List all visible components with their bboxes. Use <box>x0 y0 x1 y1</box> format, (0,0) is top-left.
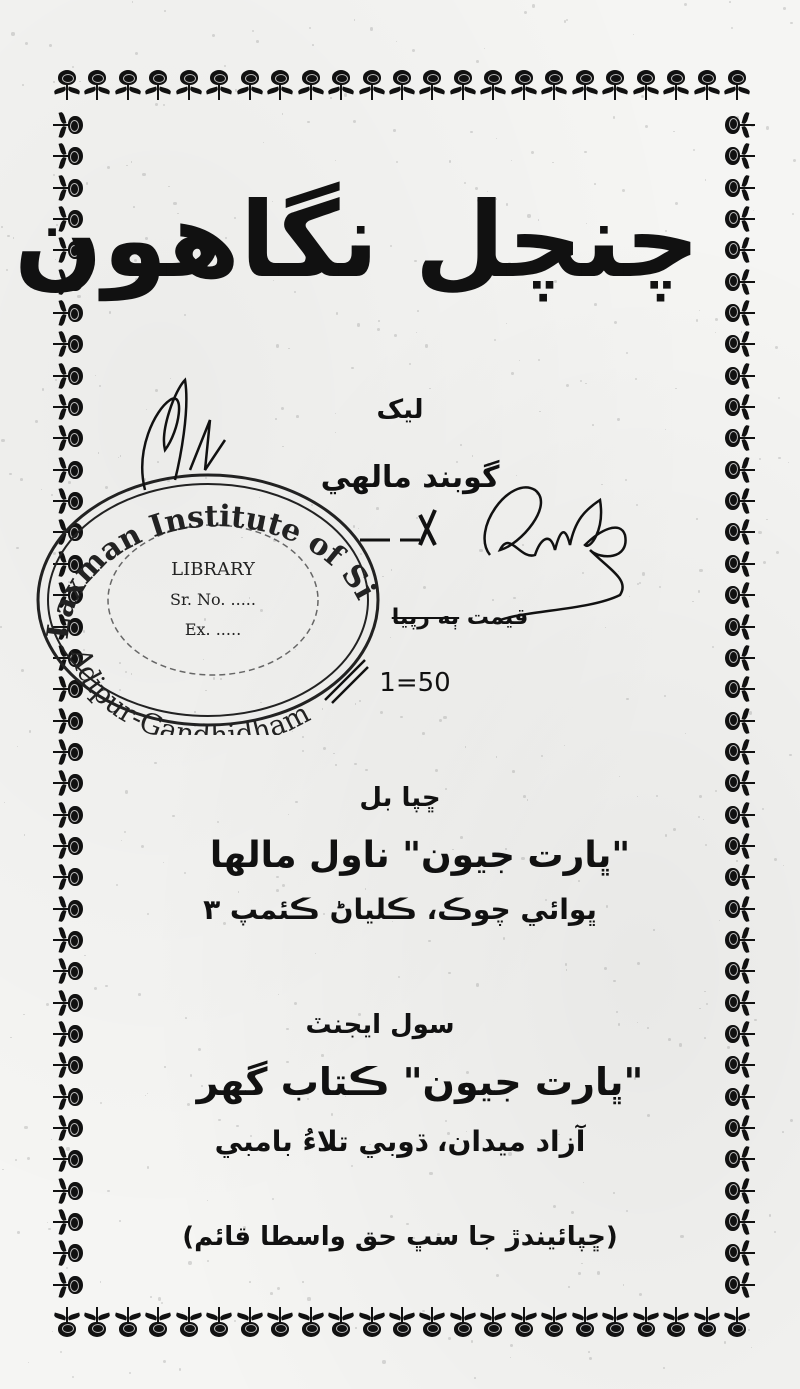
flower-ornament-icon <box>723 455 753 485</box>
flower-ornament-icon <box>723 361 753 391</box>
flower-ornament-icon <box>723 517 753 547</box>
flower-ornament-icon <box>113 68 143 102</box>
flower-ornament-icon <box>509 1305 539 1339</box>
flower-ornament-icon <box>55 392 85 422</box>
flower-ornament-icon <box>55 1019 85 1049</box>
flower-ornament-icon <box>55 1176 85 1206</box>
flower-ornament-icon <box>723 956 753 986</box>
flower-ornament-icon <box>723 173 753 203</box>
flower-ornament-icon <box>55 1050 85 1080</box>
flower-ornament-icon <box>52 68 82 102</box>
flower-ornament-icon <box>539 68 569 102</box>
author-label: ليک <box>300 395 500 425</box>
flower-ornament-icon <box>265 1305 295 1339</box>
flower-ornament-icon <box>723 1019 753 1049</box>
flower-ornament-icon <box>417 1305 447 1339</box>
flower-ornament-icon <box>631 1305 661 1339</box>
flower-ornament-icon <box>723 1144 753 1174</box>
flower-ornament-icon <box>52 1305 82 1339</box>
flower-ornament-icon <box>235 68 265 102</box>
floral-border-top <box>52 65 752 105</box>
flower-ornament-icon <box>55 894 85 924</box>
flower-ornament-icon <box>82 1305 112 1339</box>
flower-ornament-icon <box>478 68 508 102</box>
flower-ornament-icon <box>55 423 85 453</box>
flower-ornament-icon <box>174 1305 204 1339</box>
flower-ornament-icon <box>723 1207 753 1237</box>
flower-ornament-icon <box>539 1305 569 1339</box>
flower-ornament-icon <box>55 956 85 986</box>
flower-ornament-icon <box>661 1305 691 1339</box>
printer-address: ڀوائي چوڪ، ڪلياڻ ڪئمپ ٣ <box>180 893 620 926</box>
flower-ornament-icon <box>204 68 234 102</box>
flower-ornament-icon <box>326 68 356 102</box>
agent-address: آزاد ميدان، ڌوبي تلاءُ بامبي <box>180 1125 620 1158</box>
book-title: چنچل نگاهون <box>100 175 700 305</box>
floral-border-bottom <box>52 1302 752 1342</box>
flower-ornament-icon <box>723 267 753 297</box>
flower-ornament-icon <box>387 1305 417 1339</box>
flower-ornament-icon <box>143 1305 173 1339</box>
flower-ornament-icon <box>509 68 539 102</box>
flower-ornament-icon <box>55 329 85 359</box>
flower-ornament-icon <box>235 1305 265 1339</box>
flower-ornament-icon <box>723 298 753 328</box>
flower-ornament-icon <box>417 68 447 102</box>
flower-ornament-icon <box>723 329 753 359</box>
flower-ornament-icon <box>55 1238 85 1268</box>
flower-ornament-icon <box>692 1305 722 1339</box>
flower-ornament-icon <box>55 925 85 955</box>
flower-ornament-icon <box>387 68 417 102</box>
stamp-center-line3: Ex. ..... <box>185 620 241 639</box>
signature-initials <box>125 370 235 500</box>
stamp-bottom-text: Adipur-Gandhidham <box>64 643 316 735</box>
flower-ornament-icon <box>204 1305 234 1339</box>
printed-by-label: ڇپا بل <box>300 783 500 813</box>
scanned-page: چنچل نگاهون ليک گوبند مالهي قيمت ٻه رپيا… <box>0 0 800 1389</box>
pen-slash-mark <box>320 655 370 705</box>
flower-ornament-icon <box>55 737 85 767</box>
flower-ornament-icon <box>692 68 722 102</box>
flower-ornament-icon <box>723 737 753 767</box>
printer-name: "ڀارت جيون" ناول مالها <box>180 835 660 876</box>
flower-ornament-icon <box>723 800 753 830</box>
flower-ornament-icon <box>723 674 753 704</box>
flower-ornament-icon <box>600 1305 630 1339</box>
flower-ornament-icon <box>723 706 753 736</box>
flower-ornament-icon <box>326 1305 356 1339</box>
flower-ornament-icon <box>723 768 753 798</box>
stamp-center-line2: Sr. No. ..... <box>170 590 256 609</box>
flower-ornament-icon <box>723 1113 753 1143</box>
flower-ornament-icon <box>600 68 630 102</box>
flower-ornament-icon <box>722 68 752 102</box>
flower-ornament-icon <box>723 1050 753 1080</box>
floral-border-right <box>718 110 758 1300</box>
flower-ornament-icon <box>55 831 85 861</box>
flower-ornament-icon <box>55 1207 85 1237</box>
flower-ornament-icon <box>113 1305 143 1339</box>
flower-ornament-icon <box>722 1305 752 1339</box>
flower-ornament-icon <box>55 1270 85 1300</box>
flower-ornament-icon <box>357 1305 387 1339</box>
flower-ornament-icon <box>448 1305 478 1339</box>
flower-ornament-icon <box>723 235 753 265</box>
signature-rupa <box>360 470 650 640</box>
flower-ornament-icon <box>723 392 753 422</box>
flower-ornament-icon <box>723 894 753 924</box>
flower-ornament-icon <box>723 988 753 1018</box>
copyright-note: (ڇپائيندڙ جا سڀ حق واسطا قائم) <box>140 1222 660 1252</box>
flower-ornament-icon <box>357 68 387 102</box>
flower-ornament-icon <box>55 1144 85 1174</box>
agent-name: "ڀارت جيون" ڪتاب گهر <box>180 1060 660 1104</box>
flower-ornament-icon <box>723 1082 753 1112</box>
flower-ornament-icon <box>723 643 753 673</box>
flower-ornament-icon <box>570 1305 600 1339</box>
agent-label: سول ايجنٽ <box>280 1010 480 1040</box>
flower-ornament-icon <box>55 141 85 171</box>
flower-ornament-icon <box>55 110 85 140</box>
flower-ornament-icon <box>55 988 85 1018</box>
flower-ornament-icon <box>723 204 753 234</box>
flower-ornament-icon <box>723 1270 753 1300</box>
flower-ornament-icon <box>723 831 753 861</box>
flower-ornament-icon <box>265 68 295 102</box>
flower-ornament-icon <box>55 1113 85 1143</box>
flower-ornament-icon <box>448 68 478 102</box>
flower-ornament-icon <box>55 361 85 391</box>
flower-ornament-icon <box>478 1305 508 1339</box>
flower-ornament-icon <box>631 68 661 102</box>
flower-ornament-icon <box>143 68 173 102</box>
flower-ornament-icon <box>723 925 753 955</box>
stamp-center-line1: LIBRARY <box>171 559 256 580</box>
flower-ornament-icon <box>296 1305 326 1339</box>
flower-ornament-icon <box>55 800 85 830</box>
flower-ornament-icon <box>570 68 600 102</box>
flower-ornament-icon <box>723 486 753 516</box>
flower-ornament-icon <box>55 768 85 798</box>
flower-ornament-icon <box>723 141 753 171</box>
flower-ornament-icon <box>661 68 691 102</box>
flower-ornament-icon <box>723 862 753 892</box>
flower-ornament-icon <box>82 68 112 102</box>
flower-ornament-icon <box>723 580 753 610</box>
flower-ornament-icon <box>723 110 753 140</box>
flower-ornament-icon <box>55 1082 85 1112</box>
flower-ornament-icon <box>723 549 753 579</box>
flower-ornament-icon <box>723 612 753 642</box>
flower-ornament-icon <box>55 862 85 892</box>
flower-ornament-icon <box>723 1176 753 1206</box>
flower-ornament-icon <box>296 68 326 102</box>
flower-ornament-icon <box>174 68 204 102</box>
flower-ornament-icon <box>723 423 753 453</box>
flower-ornament-icon <box>723 1238 753 1268</box>
